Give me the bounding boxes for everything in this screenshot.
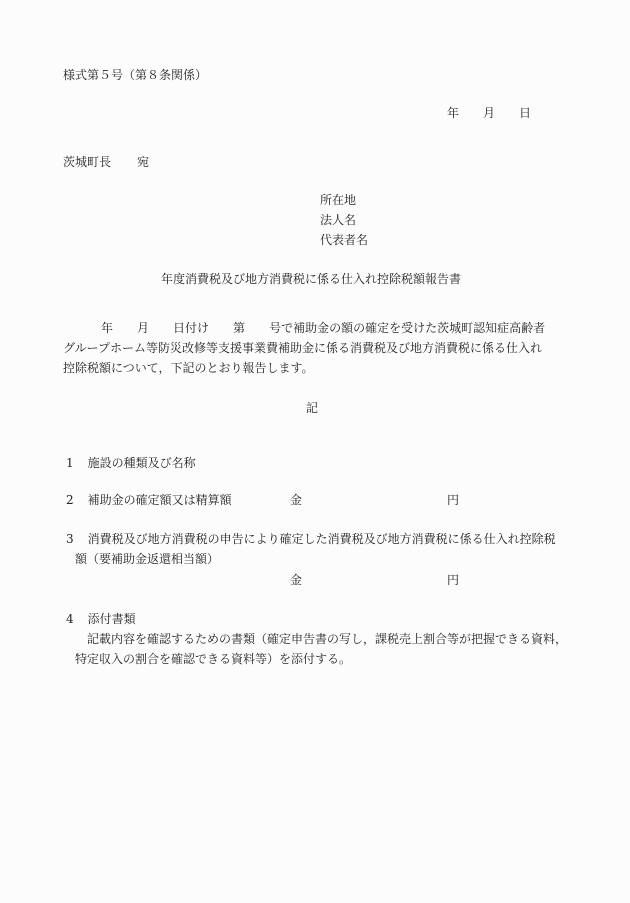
body-line-1: 年月日付け第号で補助金の額の確定を受けた茨城町認知症高齢者: [101, 320, 545, 336]
body-line-3: 控除税額について，下記のとおり報告します。: [63, 360, 314, 376]
item-3-cont: 額（要補助金返還相当額）: [75, 551, 219, 567]
form-number: 様式第５号（第８条関係）: [63, 67, 207, 83]
applicant-rep-label: 代表者名: [320, 232, 368, 248]
date-day: 日: [519, 106, 531, 120]
addressee-suffix: 宛: [137, 155, 149, 169]
applicant-corp-label: 法人名: [320, 212, 356, 228]
ki-heading: 記: [306, 400, 318, 416]
item-4-desc-1: 記載内容を確認するための書類（確定申告書の写し，課税売上割合等が把握できる資料，: [87, 631, 567, 647]
addressee-name: 茨城町長: [63, 155, 111, 169]
item-1: 1施設の種類及び名称: [66, 455, 196, 471]
item-4: 4添付書類: [66, 611, 136, 627]
applicant-address-label: 所在地: [320, 192, 356, 208]
date-month: 月: [483, 106, 495, 120]
date-year: 年: [447, 106, 459, 120]
item-2-kin: 金: [290, 492, 302, 508]
item-3-yen: 円: [447, 572, 459, 588]
document-title: 年度消費税及び地方消費税に係る仕入れ控除税額報告書: [161, 271, 461, 287]
body-line-2: グループホーム等防災改修等支援事業費補助金に係る消費税及び地方消費税に係る仕入れ: [63, 340, 542, 356]
item-2-yen: 円: [447, 492, 459, 508]
item-3-kin: 金: [290, 572, 302, 588]
item-2: 2補助金の確定額又は精算額: [66, 492, 232, 508]
item-3: 3消費税及び地方消費税の申告により確定した消費税及び地方消費税に係る仕入れ控除税: [66, 531, 556, 547]
addressee: 茨城町長宛: [63, 154, 149, 170]
item-4-desc-2: 特定収入の割合を確認できる資料等）を添付する。: [75, 651, 351, 667]
date-line: 年月日: [447, 105, 531, 121]
